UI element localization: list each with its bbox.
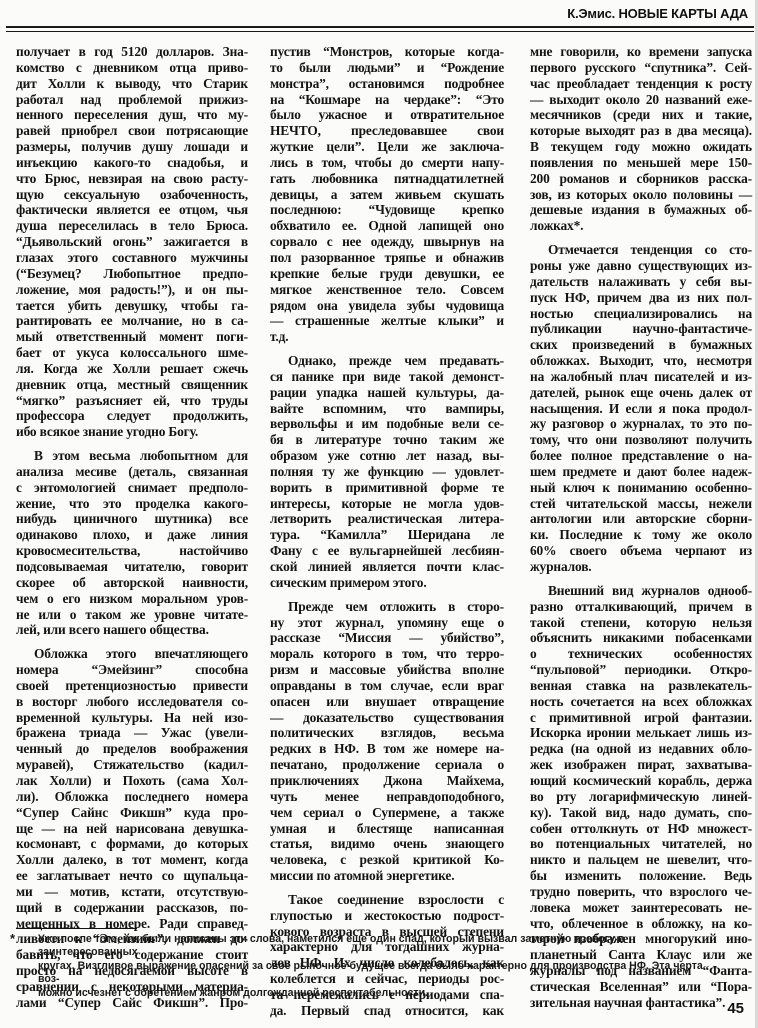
text-line: последнюю: “Чудовище крепко <box>270 202 504 218</box>
text-line: “Дьявольский огонь” зажигается в <box>16 234 248 250</box>
text-line: разно отталкивающий, причем в <box>530 599 752 615</box>
text-line: Такое соединение взрослости с <box>270 892 504 908</box>
text-line: такой степени, которую нельзя <box>530 615 752 631</box>
text-line: рядом она увидела зубы чудовища <box>270 298 504 314</box>
text-line: т.д. <box>270 329 504 345</box>
text-line: фактически является ее отцом, чья <box>16 202 248 218</box>
text-line: глупостью и жестокостью подрост- <box>270 908 504 924</box>
text-line: рантировать ее молчание, но в са- <box>16 313 248 329</box>
text-line: “мягко” разъясняет ей, что труды <box>16 393 248 409</box>
text-line: “пульповой” периодики. Откро- <box>530 662 752 678</box>
text-line: шем предмете и дают более надеж- <box>530 464 752 480</box>
running-head: К.Эмис. НОВЫЕ КАРТЫ АДА <box>567 6 748 21</box>
text-line: мый ответственный момент поги- <box>16 329 248 345</box>
text-line: глазах этого составного мужчины <box>16 250 248 266</box>
text-line: которые выходят раз в два месяца). <box>530 123 752 139</box>
text-line: пуск НФ, причем два из них пол- <box>530 290 752 306</box>
text-line: бя в литературе точно таким же <box>270 432 504 448</box>
text-line: работал над проблемой прижиз- <box>16 92 248 108</box>
text-line: одинаково плохо, и даже линия <box>16 527 248 543</box>
text-line: более полное представление о на- <box>530 448 752 464</box>
text-line: Прежде чем отложить в сторо- <box>270 599 504 615</box>
text-line: чем сериал о Супермене, а также <box>270 805 504 821</box>
text-line: монстра”, остановимся подробнее <box>270 76 504 92</box>
text-line: ворить в примитивной форме те <box>270 480 504 496</box>
text-line: никто и пальцем не шевелит, что- <box>530 852 752 868</box>
page-number: 45 <box>727 1000 744 1017</box>
text-column-middle: пустив “Монстров, которые когда-то были … <box>270 44 504 1019</box>
text-line: тому, что они позволяют получить <box>530 432 752 448</box>
text-line: щий в содержании рассказов, по- <box>16 900 248 916</box>
text-line: комство с дневником отца приво- <box>16 60 248 76</box>
text-line: с примитивной игрой фантазии. <box>530 710 752 726</box>
text-line: ну этот журнал, упомяну еще о <box>270 615 504 631</box>
paragraph-gap <box>270 345 504 353</box>
text-line: ненного переселения душ, что му- <box>16 107 248 123</box>
text-line: инъекцию какого-то снадобья, и <box>16 155 248 171</box>
text-line: не или о таком же уровне читате- <box>16 607 248 623</box>
header-rule-thin <box>6 31 754 32</box>
text-line: 60% своего объема черпают из <box>530 543 752 559</box>
text-line: тается убить девушку, чтобы га- <box>16 298 248 314</box>
text-line: интересы, которые не могла удов- <box>270 496 504 512</box>
text-line: чем о его низком моральном уров- <box>16 591 248 607</box>
text-line: публикации научно-фантастиче- <box>530 321 752 337</box>
text-line: тура. “Камилла” Шеридана ле <box>270 527 504 543</box>
text-line: равей приобрел свои потрясающие <box>16 123 248 139</box>
text-line: жу разговор о журналах, то это по- <box>530 416 752 432</box>
footnote-line: кругах. Визгливое выражение опасений за … <box>38 960 710 987</box>
text-line: насыщения. И если я пока продол- <box>530 401 752 417</box>
text-line: о технических особенностях <box>530 646 752 662</box>
text-line: 200 романов и сборников расска- <box>530 171 752 187</box>
text-line: политических взглядов, весьма <box>270 725 504 741</box>
text-line: да. Первый спад относится, как <box>270 1003 504 1019</box>
text-line: во рту логарифмическую линей- <box>530 789 752 805</box>
text-line: умная и блестяще написанная <box>270 821 504 837</box>
text-line: вервольфы и им подобные вели се- <box>270 416 504 432</box>
text-line: профессора следует продолжить, <box>16 408 248 424</box>
text-line: дательств налаживать у себя вы- <box>530 274 752 290</box>
text-line: миссии по атомной энергетике. <box>270 868 504 884</box>
text-line: Искорка иронии мелькает лишь из- <box>530 725 752 741</box>
text-line: журналов. <box>530 559 752 575</box>
text-line: Однако, прежде чем предавать- <box>270 353 504 369</box>
text-line: ми — мотив, кстати, отсутствую- <box>16 884 248 900</box>
text-line: ских произведений в бумажных <box>530 337 752 353</box>
paragraph-gap <box>530 234 752 242</box>
text-line: лей, или всего нашего общества. <box>16 622 248 638</box>
text-line: Отмечается тенденция со сто- <box>530 242 752 258</box>
text-line: на жалобный плач писателей и из- <box>530 369 752 385</box>
text-line: подсовываемая читателю, говорит <box>16 559 248 575</box>
text-line: ловека может заинтересовать не- <box>530 900 752 916</box>
text-line: появления по меньшей мере 150- <box>530 155 752 171</box>
text-line: временной культуры. На ней изо- <box>16 710 248 726</box>
text-line: девицы, а затем живьем скушать <box>270 187 504 203</box>
text-line: ще — на ней нарисована девушка- <box>16 821 248 837</box>
text-line: мораль которого в том, что терро- <box>270 646 504 662</box>
text-line: с энтомологией снимает предполо- <box>16 480 248 496</box>
text-line: бает от укуса колоссального шме- <box>16 345 248 361</box>
text-line: человека, с резкой критикой Ко- <box>270 852 504 868</box>
paragraph-gap <box>16 638 248 646</box>
text-line: трудно поверить, что взрослого че- <box>530 884 752 900</box>
text-line: ее заглатывает нечто со щупальца- <box>16 868 248 884</box>
text-line: печатано, продолжение сериала о <box>270 757 504 773</box>
text-line: было ужасное и отвратительное <box>270 107 504 123</box>
text-line: редких в НФ. В том же номере на- <box>270 741 504 757</box>
text-line: ностью специализировались на <box>530 306 752 322</box>
text-line: сорвало с нее одежду, швырнув на <box>270 234 504 250</box>
text-line: душа переселилась в тело Брюса. <box>16 218 248 234</box>
paragraph-gap <box>530 575 752 583</box>
text-line: первого русского “спутника”. Сей- <box>530 60 752 76</box>
text-line: лак Холли) и Похоть (сама Хол- <box>16 773 248 789</box>
text-line: скорее об авторской наивности, <box>16 575 248 591</box>
text-line: мягкое женственное тело. Совсем <box>270 282 504 298</box>
text-line: ибо всякое знание угодно Богу. <box>16 424 248 440</box>
text-line: получает в год 5120 долларов. Зна- <box>16 44 248 60</box>
text-line: “Супер Сайнс Фикшн” куда про- <box>16 805 248 821</box>
text-line: муравей), Стяжательство (кадил- <box>16 757 248 773</box>
text-line: объяснить никакими побасенками <box>530 630 752 646</box>
text-line: ризм и массовые убийства вполне <box>270 662 504 678</box>
text-line: Обложка этого впечатляющего <box>16 646 248 662</box>
text-line: дателей, рынок еще очень далек от <box>530 385 752 401</box>
text-line: собен оттолкнуть от НФ множест- <box>530 821 752 837</box>
text-line: рассказе “Миссия — убийство”, <box>270 630 504 646</box>
text-line: ку). Такой вид, надо думать, спо- <box>530 805 752 821</box>
text-line: жение, что это проделка какого- <box>16 496 248 512</box>
text-line: ля. Когда же Холли решает сжечь <box>16 361 248 377</box>
text-line: приключениях Джона Майхема, <box>270 773 504 789</box>
text-line: ность сочетается на всех обложках <box>530 694 752 710</box>
text-line: жек изображен пират, захватыва- <box>530 757 752 773</box>
text-line: дневник отца, местный священник <box>16 377 248 393</box>
text-line: ся панике при виде такой демонст- <box>270 369 504 385</box>
text-line: ки. Последние к тому же около <box>530 527 752 543</box>
text-line: ченный до пределов воображения <box>16 741 248 757</box>
text-line: бы изменить положение. Ведь <box>530 868 752 884</box>
text-line: летворить реалистическая литера- <box>270 511 504 527</box>
text-line: номера “Эмейзинг” способна <box>16 662 248 678</box>
text-line: час преобладает тенденция к росту <box>530 76 752 92</box>
text-line: ющий космический корабль, держа <box>530 773 752 789</box>
text-line: гать любовника пятнадцатилетней <box>270 171 504 187</box>
text-line: В этом весьма любопытном для <box>16 448 248 464</box>
text-line: — выходит около 20 названий еже- <box>530 92 752 108</box>
text-line: пустив “Монстров, которые когда- <box>270 44 504 60</box>
text-line: месячников (среди них и такие, <box>530 107 752 123</box>
text-line: в восторг любого исследователя со- <box>16 694 248 710</box>
text-line: что, облеченное в обложку, на ко- <box>530 916 752 932</box>
text-line: мещенных в номере. Ради справед- <box>16 916 248 932</box>
text-line: статья, видимо очень знающего <box>270 836 504 852</box>
text-line: мне говорили, ко времени запуска <box>530 44 752 60</box>
text-line: лись в том, чтобы до смерти напу- <box>270 155 504 171</box>
text-line: космонавт, с формами, до которых <box>16 836 248 852</box>
text-line: чуть менее неправдоподобного, <box>270 789 504 805</box>
text-line: зов, из которых около половины — <box>530 187 752 203</box>
text-line: ный ключ к пониманию особенно- <box>530 480 752 496</box>
text-line: НЕЧТО, преследовавшее свои <box>270 123 504 139</box>
text-line: то были людьми” и “Рождение <box>270 60 504 76</box>
text-line: кровосмесительства, настойчиво <box>16 543 248 559</box>
text-underline-mark <box>16 928 137 929</box>
text-line: Фану с ее вульгарнейшей лесбиян- <box>270 543 504 559</box>
footnote-line: Уже после того, как были написаны эти сл… <box>38 933 710 960</box>
header-rule-thick <box>6 26 754 28</box>
text-line: обхватило ее. Одной лапищей оно <box>270 218 504 234</box>
text-line: стей читательской массы, нежели <box>530 496 752 512</box>
text-line: на “Кошмаре на чердаке”: “Это <box>270 92 504 108</box>
paragraph-gap <box>16 440 248 448</box>
text-line: венная ставка на развлекатель- <box>530 678 752 694</box>
text-line: нибудь циничного шутника) все <box>16 511 248 527</box>
text-line: ложение, моя радость!”), и он пы- <box>16 282 248 298</box>
text-line: вайте вспомним, что вампиры, <box>270 401 504 417</box>
text-line: жуткие цели”. Цели же заключа- <box>270 139 504 155</box>
text-line: бражена триада — Ужас (увели- <box>16 725 248 741</box>
text-line: Внешний вид журналов однооб- <box>530 583 752 599</box>
text-line: Холли далеко, в тот момент, когда <box>16 852 248 868</box>
text-line: щую сексуальную озабоченность, <box>16 187 248 203</box>
text-line: ской линией является почти клас- <box>270 559 504 575</box>
text-line: опасен или внушает отвращение <box>270 694 504 710</box>
text-line: В текущем году можно ожидать <box>530 139 752 155</box>
text-line: полняя ту же функцию — удовлет- <box>270 464 504 480</box>
text-column-left: получает в год 5120 долларов. Зна-комств… <box>16 44 248 1011</box>
paragraph-gap <box>270 884 504 892</box>
text-line: размеры, получив душу лошади и <box>16 139 248 155</box>
text-line: пол разорванное тряпье и обнажив <box>270 250 504 266</box>
footnote-line: можно исчезнет с обретением жанром долго… <box>38 987 710 1000</box>
text-line: — страшенные желтые клыки” и <box>270 313 504 329</box>
text-line: сическим примером этого. <box>270 575 504 591</box>
text-line: во потенциальных читателей, но <box>530 836 752 852</box>
text-line: оправданы в том случае, если враг <box>270 678 504 694</box>
text-line: редка (на одной из недавних обло- <box>530 741 752 757</box>
text-line: что Брюс, невзирая на свою расту- <box>16 171 248 187</box>
text-line: обложках. Выходит, что, несмотря <box>530 353 752 369</box>
text-line: дит Холли к выводу, что Старик <box>16 76 248 92</box>
text-column-right: мне говорили, ко времени запускапервого … <box>530 44 752 1011</box>
text-line: своей претенциозностью привести <box>16 678 248 694</box>
text-line: (“Безумец? Любопытное предпо- <box>16 266 248 282</box>
paragraph-gap <box>270 591 504 599</box>
text-line: рации упадка нашей культуры, да- <box>270 385 504 401</box>
text-line: ложках*. <box>530 218 752 234</box>
text-line: образом уже сотню лет назад, вы- <box>270 448 504 464</box>
text-line: крепкие белые груди девушки, ее <box>270 266 504 282</box>
text-line: ли). Обложка последнего номера <box>16 789 248 805</box>
text-line: роны уже давно существующих из- <box>530 258 752 274</box>
text-line: — доказательство существования <box>270 710 504 726</box>
footnote-marker: * <box>10 932 15 945</box>
text-line: антологии или авторские сборни- <box>530 511 752 527</box>
footnote: * Уже после того, как были написаны эти … <box>10 933 710 1000</box>
text-line: дешевые издания в бумажных об- <box>530 202 752 218</box>
text-line: анализа месиве (деталь, связанная <box>16 464 248 480</box>
